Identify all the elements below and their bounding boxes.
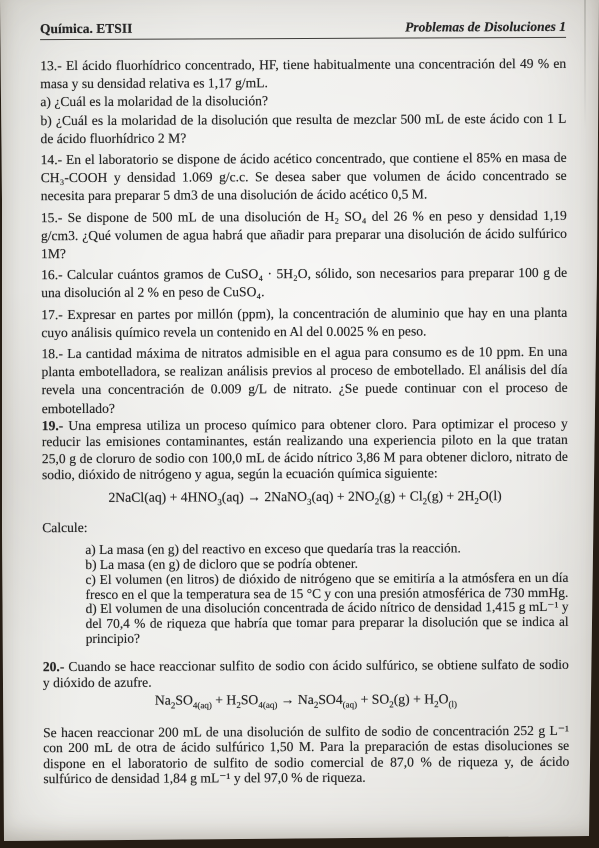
header-title: Problemas de Disoluciones 1: [405, 20, 566, 35]
problem-20-statement: 20.- Cuando se hace reaccionar sulfito d…: [43, 657, 569, 691]
problem-19-calcule-label: Calcule:: [42, 518, 568, 536]
problem-17-text: 17.- Expresar en partes por millón (ppm)…: [41, 303, 567, 342]
problem-19-item-c: c) El volumen (en litros) de dióxido de …: [85, 571, 568, 603]
header: Química. ETSII Problemas de Disoluciones…: [40, 20, 566, 36]
problem-19-equation: 2NaCl(aq) + 4HNO3(aq) → 2NaNO3(aq) + 2NO…: [42, 486, 568, 513]
header-course: Química. ETSII: [40, 22, 132, 36]
problem-19: 19.- Una empresa utiliza un proceso quím…: [42, 416, 569, 647]
problem-20: 20.- Cuando se hace reaccionar sulfito d…: [43, 657, 570, 786]
problem-20-number: 20.-: [43, 659, 65, 674]
problem-19-item-d: d) El volumen de una disolución concentr…: [86, 600, 569, 646]
page-content: Química. ETSII Problemas de Disoluciones…: [40, 20, 569, 789]
problem-16-text: 16.- Calcular cuántos gramos de CuSO₄ · …: [41, 264, 567, 303]
problem-13-item-b: b) ¿Cuál es la molaridad de la disolució…: [40, 109, 566, 148]
problem-20-closing: Se hacen reaccionar 200 mL de una disolu…: [43, 723, 569, 786]
problem-18-text: 18.- La cantidad máxima de nitratos admi…: [41, 343, 567, 418]
problem-19-number: 19.-: [42, 418, 64, 433]
problem-13-text: 13.- El ácido fluorhídrico concentrado, …: [40, 55, 566, 94]
problem-19-body-text: Una empresa utiliza un proceso químico p…: [42, 416, 568, 483]
problem-19-statement: 19.- Una empresa utiliza un proceso quím…: [42, 416, 568, 484]
paper-crease: [584, 0, 586, 130]
problem-13: 13.- El ácido fluorhídrico concentrado, …: [40, 55, 566, 148]
problem-20-equation: Na2SO4(aq) + H2SO4(aq) → Na2SO4(aq) + SO…: [43, 690, 569, 715]
problem-15-text: 15.- Se dispone de 500 mL de una disoluc…: [41, 206, 567, 263]
problem-20-body-text: Cuando se hace reaccionar sulfito de sod…: [43, 657, 569, 690]
problem-14-text: 14.- En el laboratorio se dispone de áci…: [41, 149, 567, 206]
problem-13-item-a: a) ¿Cuál es la molaridad de la disolució…: [40, 91, 566, 111]
problem-19-items: a) La masa (en g) del reactivo en exceso…: [42, 541, 568, 647]
